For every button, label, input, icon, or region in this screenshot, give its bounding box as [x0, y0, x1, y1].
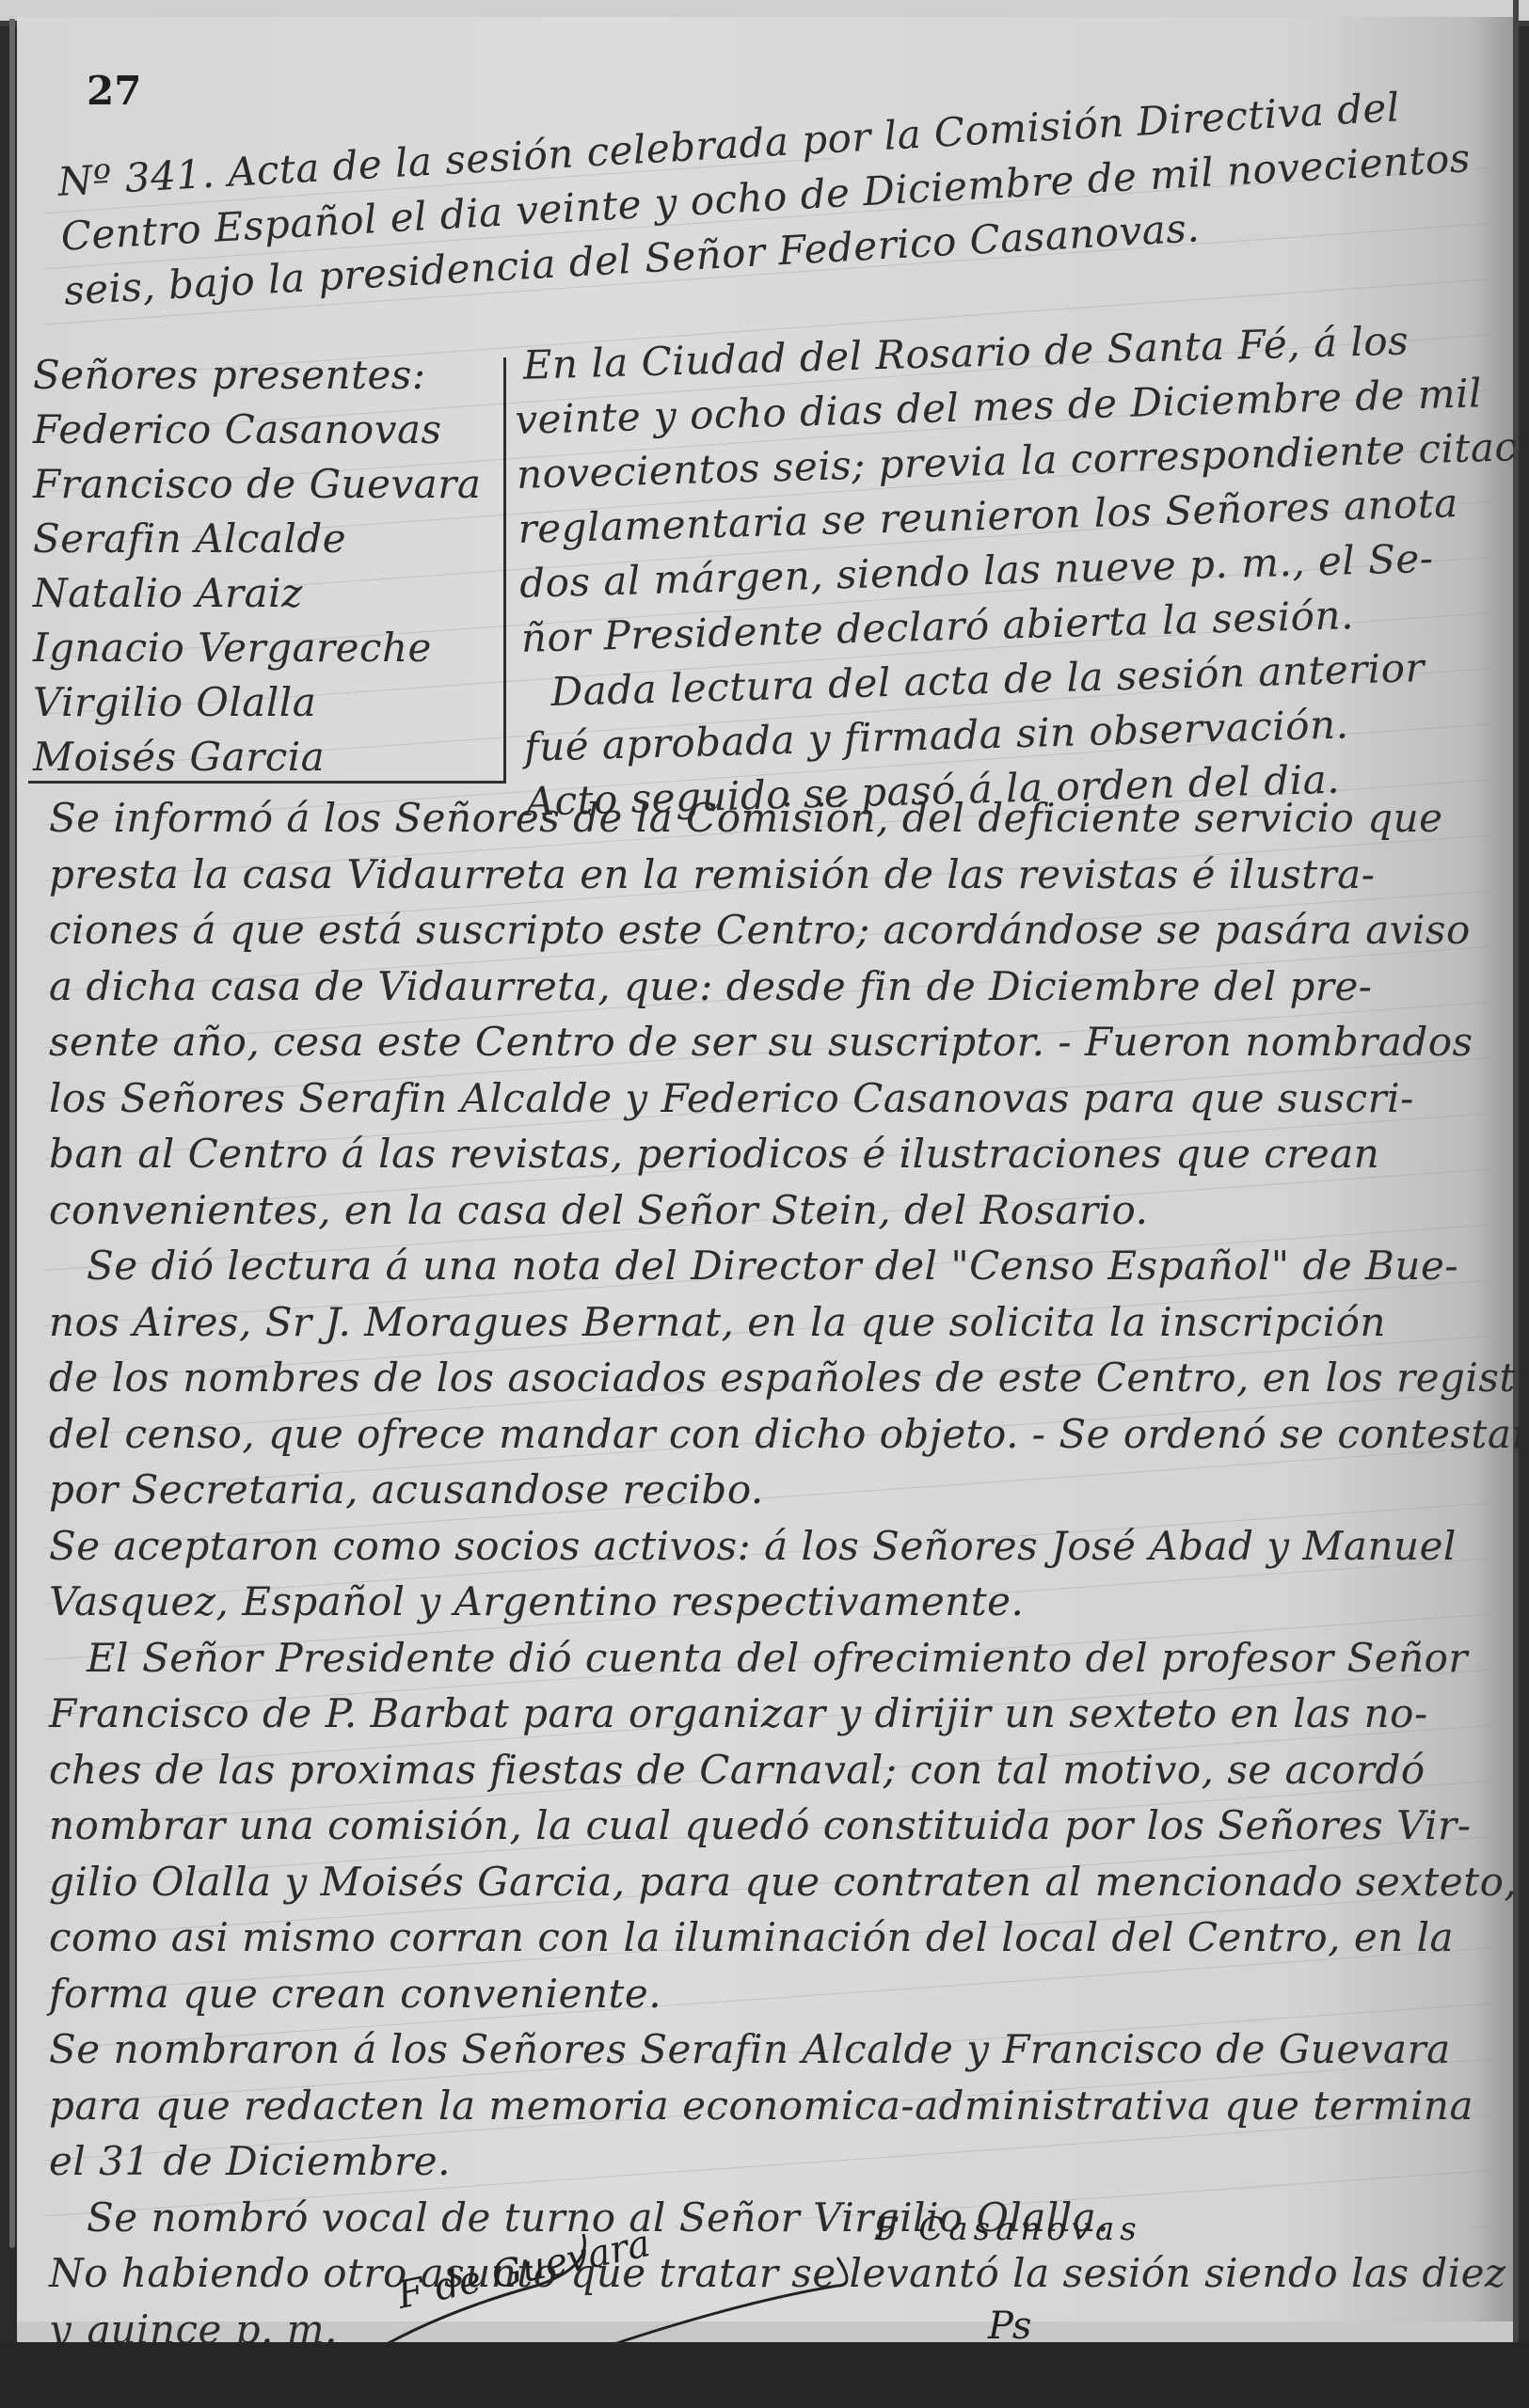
attendee-name: Francisco de Guevara	[33, 457, 503, 512]
body-line: los Señores Serafin Alcalde y Federico C…	[49, 1070, 1479, 1127]
paragraph-vidaurreta: Se informó á los Señores de la Comisión,…	[49, 790, 1479, 1238]
body-line: El Señor Presidente dió cuenta del ofrec…	[49, 1630, 1479, 1687]
minutes-body: Se informó á los Señores de la Comisión,…	[49, 790, 1479, 2357]
body-line: nos Aires, Sr J. Moragues Bernat, en la …	[49, 1294, 1479, 1351]
body-line: Se aceptaron como socios activos: á los …	[49, 1518, 1479, 1575]
body-line: Vasquez, Español y Argentino respectivam…	[49, 1574, 1479, 1630]
body-line: a dicha casa de Vidaurreta, que: desde f…	[49, 958, 1479, 1015]
body-line: Francisco de P. Barbat para organizar y …	[49, 1686, 1479, 1742]
body-line: Se nombraron á los Señores Serafin Alcal…	[49, 2021, 1479, 2078]
body-line: del censo, que ofrece mandar con dicho o…	[49, 1406, 1479, 1463]
book-bottom-shadow	[0, 2342, 1529, 2408]
body-line: el 31 de Diciembre.	[49, 2133, 1479, 2190]
right-page-edge	[1513, 0, 1519, 2370]
attendee-name: Serafin Alcalde	[33, 512, 503, 566]
paragraph-memoria: Se nombraron á los Señores Serafin Alcal…	[49, 2021, 1479, 2190]
body-line: convenientes, en la casa del Señor Stein…	[49, 1182, 1479, 1239]
attendee-name: Virgilio Olalla	[33, 675, 503, 730]
body-line: de los nombres de los asociados españole…	[49, 1350, 1479, 1406]
attendees-list: Señores presentes: Federico Casanovas Fr…	[33, 348, 503, 784]
page-number: 27	[87, 68, 141, 114]
body-line: forma que crean conveniente.	[49, 1966, 1479, 2022]
body-line: como asi mismo corran con la iluminación…	[49, 1909, 1479, 1966]
body-line: Se dió lectura á una nota del Director d…	[49, 1238, 1479, 1294]
body-line: ciones á que está suscripto este Centro;…	[49, 902, 1479, 958]
body-line: ban al Centro á las revistas, periodicos…	[49, 1126, 1479, 1182]
body-line: por Secretaria, acusandose recibo.	[49, 1462, 1479, 1518]
body-line: gilio Olalla y Moisés Garcia, para que c…	[49, 1854, 1479, 1910]
paragraph-censo: Se dió lectura á una nota del Director d…	[49, 1238, 1479, 1518]
body-line: nombrar una comisión, la cual quedó cons…	[49, 1798, 1479, 1854]
attendees-heading: Señores presentes:	[33, 348, 503, 403]
signature-president: F Casanovas	[875, 2210, 1142, 2248]
attendee-name: Ignacio Vergareche	[33, 621, 503, 675]
body-line: presta la casa Vidaurreta en la remisión…	[49, 847, 1479, 903]
attendee-name: Natalio Araiz	[33, 566, 503, 621]
attendee-name: Federico Casanovas	[33, 403, 503, 457]
left-margin-rule	[9, 19, 15, 2248]
body-line: para que redacten la memoria economica-a…	[49, 2078, 1479, 2134]
body-line: ches de las proximas fiestas de Carnaval…	[49, 1742, 1479, 1798]
body-line: Se informó á los Señores de la Comisión,…	[49, 790, 1479, 847]
paragraph-sexteto: El Señor Presidente dió cuenta del ofrec…	[49, 1630, 1479, 2022]
paragraph-new-members: Se aceptaron como socios activos: á los …	[49, 1518, 1479, 1630]
body-line: sente año, cesa este Centro de ser su su…	[49, 1014, 1479, 1070]
attendee-name: Moisés Garcia	[33, 730, 503, 784]
opening-paragraph: En la Ciudad del Rosario de Santa Fé, á …	[513, 311, 1505, 830]
